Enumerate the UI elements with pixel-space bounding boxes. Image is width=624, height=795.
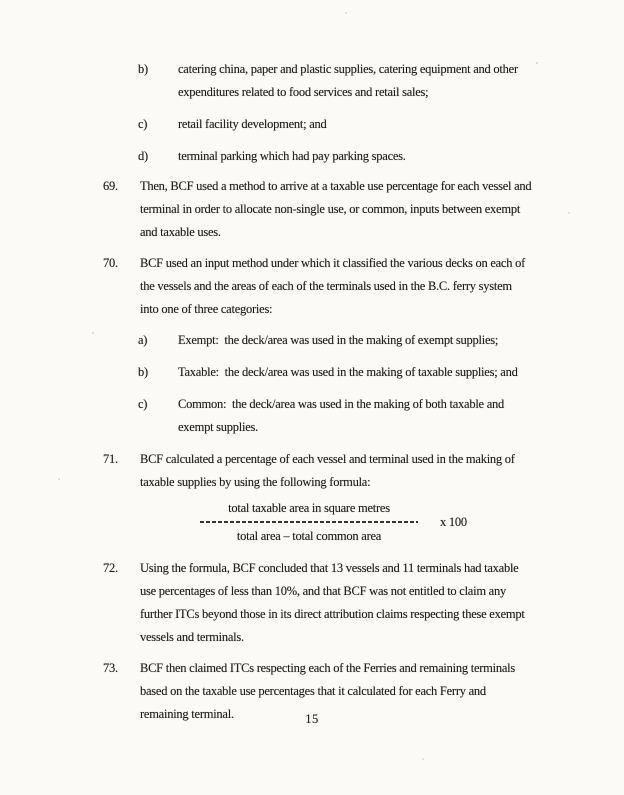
formula-numerator: total taxable area in square metres	[200, 498, 418, 519]
formula-fraction: total taxable area in square metres tota…	[200, 498, 418, 547]
list-item-label: b)	[138, 58, 178, 81]
list-item-text: terminal parking which had pay parking s…	[178, 145, 406, 168]
list-item: a) Exempt: the deck/area was used in the…	[138, 329, 624, 352]
list-item-text: retail facility development; and	[178, 113, 327, 136]
formula-divider	[200, 521, 418, 523]
formula-denominator: total area – total common area	[200, 526, 418, 547]
list-item-text: Exempt: the deck/area was used in the ma…	[178, 329, 498, 352]
page-number: 15	[0, 708, 624, 731]
numbered-paragraph: 71. BCF calculated a percentage of each …	[103, 448, 624, 494]
paragraph-number: 73.	[103, 657, 140, 680]
formula: total taxable area in square metres tota…	[200, 498, 624, 547]
list-item-label: c)	[138, 393, 178, 416]
scan-noise-specks	[0, 0, 2, 2]
list-item: c) Common: the deck/area was used in the…	[138, 393, 624, 439]
list-item-text: Common: the deck/area was used in the ma…	[178, 393, 504, 439]
paragraph-text: BCF used an input method under which it …	[140, 252, 525, 321]
list-item: b) catering china, paper and plastic sup…	[138, 58, 624, 104]
paragraph-text: BCF calculated a percentage of each vess…	[140, 448, 515, 494]
numbered-paragraph: 72. Using the formula, BCF concluded tha…	[103, 557, 624, 649]
list-item: c) retail facility development; and	[138, 113, 624, 136]
list-item-label: c)	[138, 113, 178, 136]
list-item: d) terminal parking which had pay parkin…	[138, 145, 624, 168]
paragraph-text: Using the formula, BCF concluded that 13…	[140, 557, 525, 649]
paragraph-number: 69.	[103, 175, 140, 198]
paragraph-number: 72.	[103, 557, 140, 580]
scanned-document-page: b) catering china, paper and plastic sup…	[0, 0, 624, 795]
list-item-label: a)	[138, 329, 178, 352]
list-item-text: catering china, paper and plastic suppli…	[178, 58, 518, 104]
paragraph-text: Then, BCF used a method to arrive at a t…	[140, 175, 531, 244]
document-content: b) catering china, paper and plastic sup…	[0, 58, 624, 734]
list-item-label: b)	[138, 361, 178, 384]
paragraph-number: 70.	[103, 252, 140, 275]
list-item: b) Taxable: the deck/area was used in th…	[138, 361, 624, 384]
numbered-paragraph: 70. BCF used an input method under which…	[103, 252, 624, 321]
paragraph-number: 71.	[103, 448, 140, 471]
list-item-label: d)	[138, 145, 178, 168]
list-item-text: Taxable: the deck/area was used in the m…	[178, 361, 518, 384]
formula-multiplier: x 100	[440, 511, 467, 534]
numbered-paragraph: 69. Then, BCF used a method to arrive at…	[103, 175, 624, 244]
